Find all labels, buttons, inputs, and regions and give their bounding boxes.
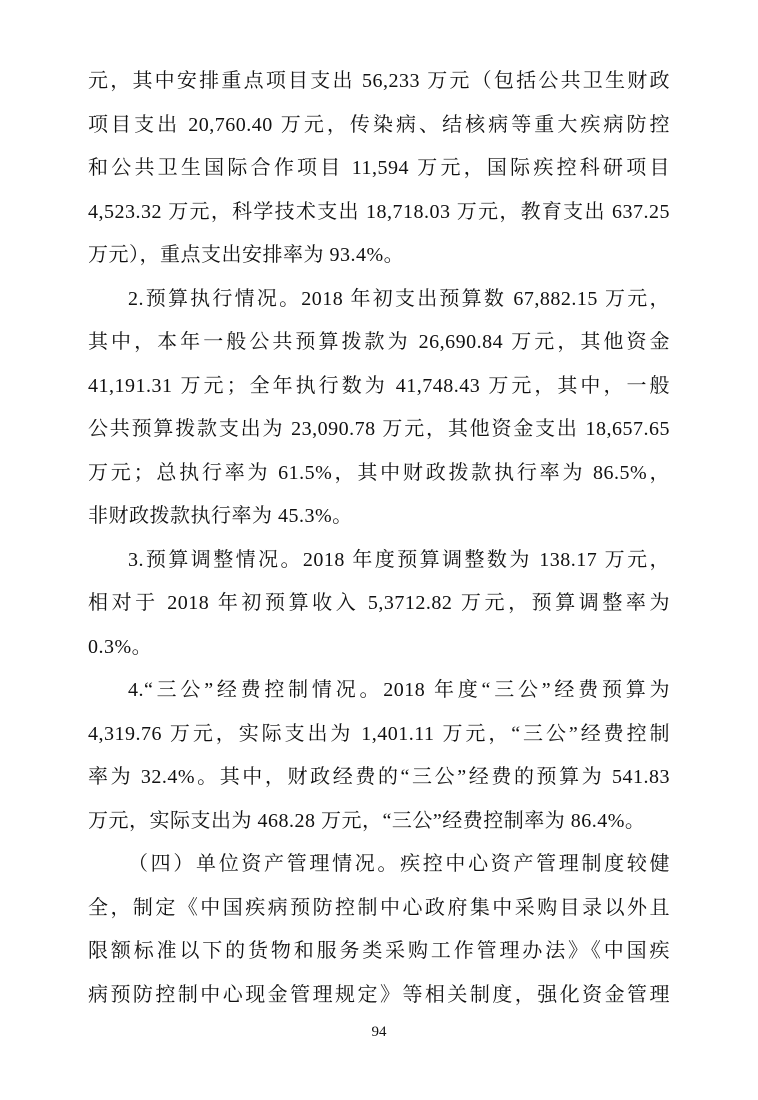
paragraph-budget-execution: 2.预算执行情况。2018 年初支出预算数 67,882.15 万元，其中，本年… <box>88 278 670 539</box>
paragraph-unit-asset-management: （四）单位资产管理情况。疾控中心资产管理制度较健全，制定《中国疾病预防控制中心政… <box>88 843 670 1017</box>
text-line: 相对于 2018 年初预算收入 5,3712.82 万元，预算调整率为 <box>88 582 670 626</box>
text-line: 4,319.76 万元，实际支出为 1,401.11 万元，“三公”经费控制 <box>88 713 670 757</box>
text-line: 非财政拨款执行率为 45.3%。 <box>88 495 670 539</box>
text-line: 限额标准以下的货物和服务类采购工作管理办法》《中国疾 <box>88 930 670 974</box>
text-line: 2.预算执行情况。2018 年初支出预算数 67,882.15 万元， <box>88 278 670 322</box>
text-line: 其中，本年一般公共预算拨款为 26,690.84 万元，其他资金 <box>88 321 670 365</box>
text-line: 和公共卫生国际合作项目 11,594 万元，国际疾控科研项目 <box>88 147 670 191</box>
text-line: 3.预算调整情况。2018 年度预算调整数为 138.17 万元， <box>88 539 670 583</box>
text-line: 元，其中安排重点项目支出 56,233 万元（包括公共卫生财政 <box>88 60 670 104</box>
text-line: 万元，实际支出为 468.28 万元，“三公”经费控制率为 86.4%。 <box>88 800 670 844</box>
text-line: 万元），重点支出安排率为 93.4%。 <box>88 234 670 278</box>
paragraph-key-project-expenditure-continued: 元，其中安排重点项目支出 56,233 万元（包括公共卫生财政项目支出 20,7… <box>88 60 670 278</box>
text-line: 率为 32.4%。其中，财政经费的“三公”经费的预算为 541.83 <box>88 756 670 800</box>
paragraph-three-public-expenses-control: 4.“三公”经费控制情况。2018 年度“三公”经费预算为4,319.76 万元… <box>88 669 670 843</box>
text-line: 0.3%。 <box>88 626 670 670</box>
text-line: 4,523.32 万元，科学技术支出 18,718.03 万元，教育支出 637… <box>88 191 670 235</box>
text-line: 全，制定《中国疾病预防控制中心政府集中采购目录以外且 <box>88 887 670 931</box>
paragraph-budget-adjustment: 3.预算调整情况。2018 年度预算调整数为 138.17 万元，相对于 201… <box>88 539 670 670</box>
text-block: 元，其中安排重点项目支出 56,233 万元（包括公共卫生财政项目支出 20,7… <box>88 60 670 1017</box>
page-number: 94 <box>0 1024 758 1041</box>
text-line: 4.“三公”经费控制情况。2018 年度“三公”经费预算为 <box>88 669 670 713</box>
text-line: 病预防控制中心现金管理规定》等相关制度，强化资金管理 <box>88 974 670 1018</box>
document-page: 元，其中安排重点项目支出 56,233 万元（包括公共卫生财政项目支出 20,7… <box>0 0 758 1100</box>
text-line: 万元；总执行率为 61.5%，其中财政拨款执行率为 86.5%， <box>88 452 670 496</box>
text-line: （四）单位资产管理情况。疾控中心资产管理制度较健 <box>88 843 670 887</box>
text-line: 公共预算拨款支出为 23,090.78 万元，其他资金支出 18,657.65 <box>88 408 670 452</box>
text-line: 41,191.31 万元；全年执行数为 41,748.43 万元，其中，一般 <box>88 365 670 409</box>
text-line: 项目支出 20,760.40 万元，传染病、结核病等重大疾病防控 <box>88 104 670 148</box>
